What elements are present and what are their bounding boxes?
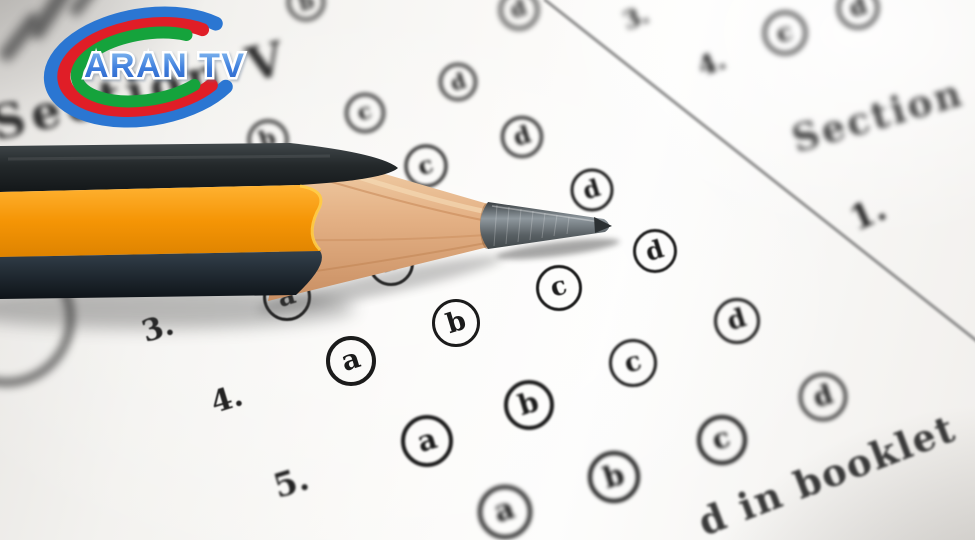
pencil-facet-orange xyxy=(0,185,322,257)
pencil-facet-navy xyxy=(0,251,322,299)
aran-tv-logo: ARAN TV xyxy=(28,4,273,132)
answer-sheet-photo: Section V Section d in booklet 3.4.5.1.4… xyxy=(0,0,975,540)
logo-text: ARAN TV xyxy=(84,47,246,85)
